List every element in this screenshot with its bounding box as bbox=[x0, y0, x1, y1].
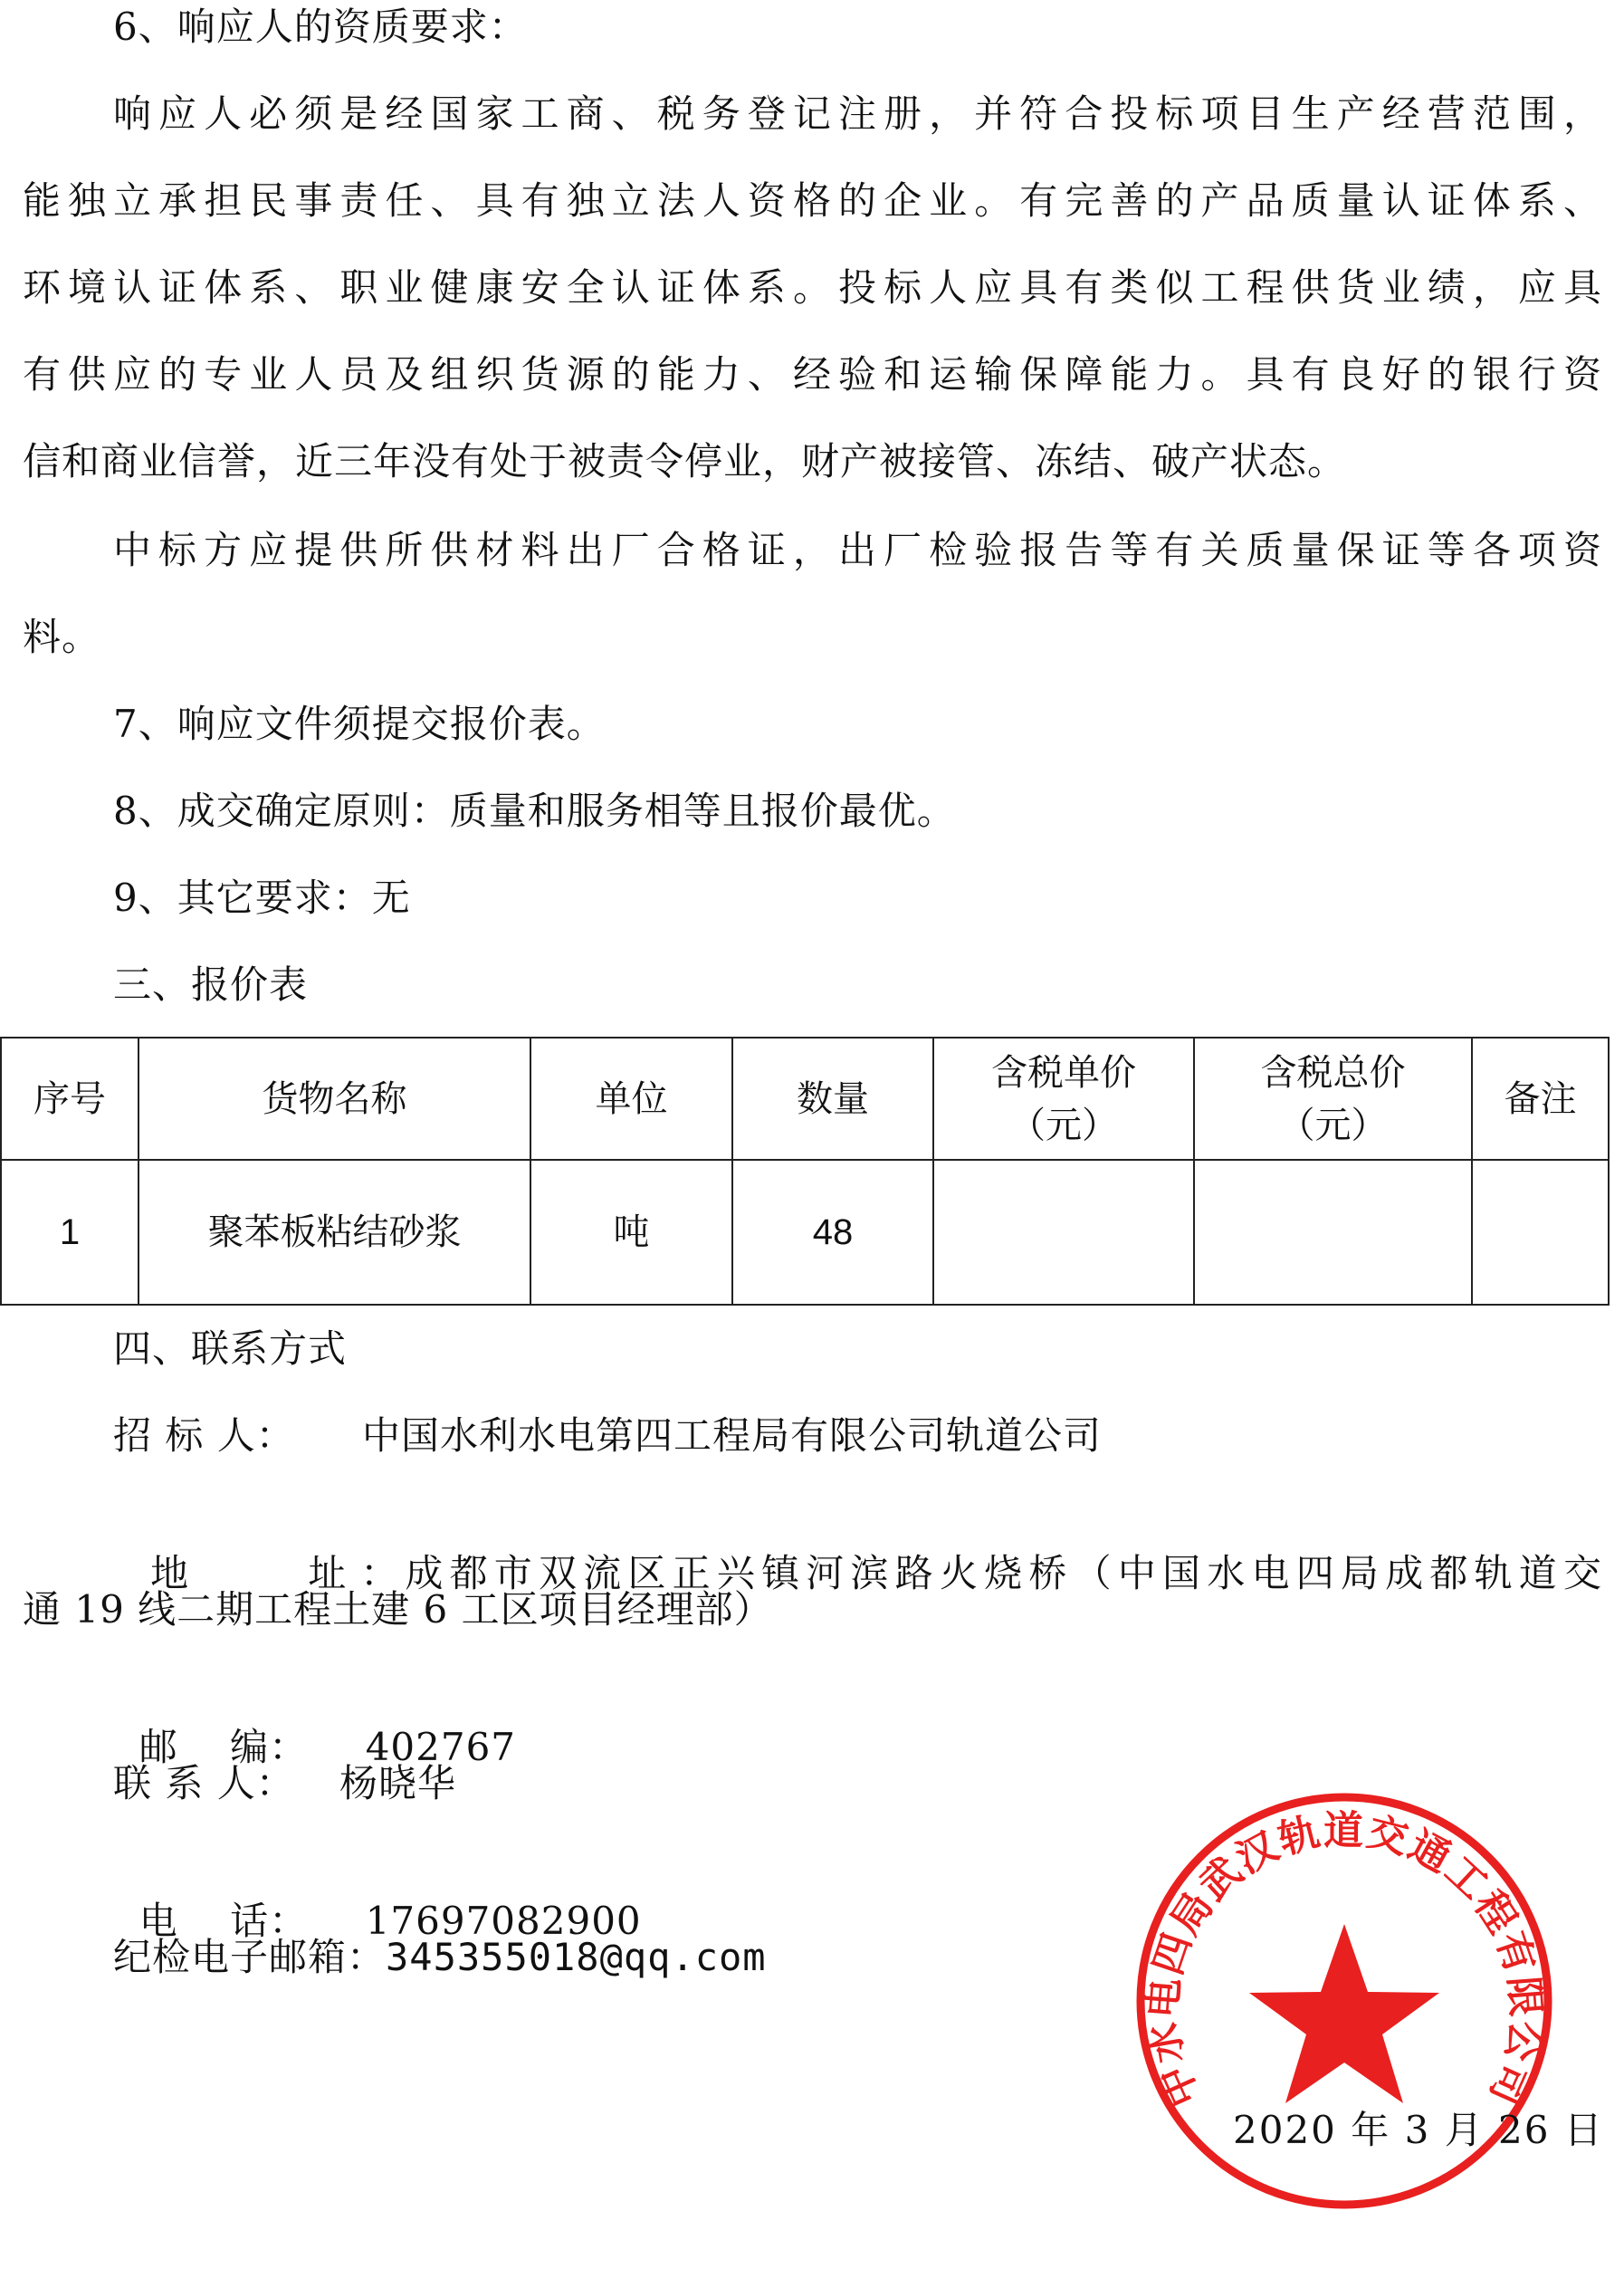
item6-para2-line1: 中标方应提供所供材料出厂合格证，出厂检验报告等有关质量保证等各项资 bbox=[113, 525, 1602, 576]
header-unit: 单位 bbox=[530, 1038, 732, 1160]
table-row: 1 聚苯板粘结砂浆 吨 48 bbox=[1, 1160, 1609, 1305]
item7: 7、响应文件须提交报价表。 bbox=[113, 699, 606, 750]
item6-heading: 6、响应人的资质要求： bbox=[113, 2, 528, 53]
item8: 8、成交确定原则：质量和服务相等且报价最优。 bbox=[113, 786, 956, 837]
person-label: 联 系 人： bbox=[113, 1758, 339, 1809]
cell-unit: 吨 bbox=[530, 1160, 732, 1305]
contact-address-line2: 通 19 线二期工程土建 6 工区项目经理部） bbox=[23, 1584, 773, 1635]
header-name: 货物名称 bbox=[139, 1038, 530, 1160]
item6-para2-line2: 料。 bbox=[23, 612, 100, 663]
contact-email: 纪检电子邮箱：345355018@qq.com bbox=[113, 1932, 767, 1983]
item6-para1-line4: 有供应的专业人员及组织货源的能力、经验和运输保障能力。具有良好的银行资 bbox=[23, 349, 1602, 400]
cell-name: 聚苯板粘结砂浆 bbox=[139, 1160, 530, 1305]
table-header-row: 序号 货物名称 单位 数量 含税单价 （元） 含税总价 （元） 备注 bbox=[1, 1038, 1609, 1160]
header-unit-price-currency: （元） bbox=[934, 1099, 1193, 1152]
cell-remark bbox=[1472, 1160, 1609, 1305]
header-total-price-label: 含税总价 bbox=[1195, 1047, 1471, 1099]
item9: 9、其它要求：无 bbox=[113, 873, 411, 924]
email-value: 345355018@qq.com bbox=[386, 1935, 767, 1979]
header-no: 序号 bbox=[1, 1038, 139, 1160]
item6-para1-line3: 环境认证体系、职业健康安全认证体系。投标人应具有类似工程供货业绩，应具 bbox=[23, 263, 1602, 313]
tenderer-value: 中国水利水电第四工程局有限公司轨道公司 bbox=[362, 1413, 1102, 1458]
header-total-price: 含税总价 （元） bbox=[1194, 1038, 1472, 1160]
section4-heading: 四、联系方式 bbox=[113, 1324, 347, 1374]
header-unit-price: 含税单价 （元） bbox=[933, 1038, 1194, 1160]
cell-qty: 48 bbox=[732, 1160, 933, 1305]
quote-table: 序号 货物名称 单位 数量 含税单价 （元） 含税总价 （元） 备注 1 聚苯板… bbox=[0, 1037, 1610, 1306]
item6-para1-line5: 信和商业信誉，近三年没有处于被责令停业，财产被接管、冻结、破产状态。 bbox=[23, 436, 1346, 487]
cell-unit-price bbox=[933, 1160, 1194, 1305]
item6-para1-line1: 响应人必须是经国家工商、税务登记注册，并符合投标项目生产经营范围， bbox=[113, 89, 1602, 139]
person-value: 杨晓华 bbox=[339, 1761, 456, 1805]
cell-no: 1 bbox=[1, 1160, 139, 1305]
email-label: 纪检电子邮箱： bbox=[113, 1935, 386, 1979]
header-total-price-currency: （元） bbox=[1195, 1099, 1471, 1152]
tenderer-label: 招 标 人： bbox=[113, 1411, 362, 1461]
header-qty: 数量 bbox=[732, 1038, 933, 1160]
contact-person: 联 系 人：杨晓华 bbox=[113, 1758, 456, 1809]
document-date: 2020 年 3 月 26 日 bbox=[1233, 2105, 1604, 2156]
seal-star-icon bbox=[1249, 1924, 1439, 2103]
cell-total-price bbox=[1194, 1160, 1472, 1305]
header-remark: 备注 bbox=[1472, 1038, 1609, 1160]
contact-tenderer: 招 标 人：中国水利水电第四工程局有限公司轨道公司 bbox=[113, 1411, 1102, 1461]
item6-para1-line2: 能独立承担民事责任、具有独立法人资格的企业。有完善的产品质量认证体系、 bbox=[23, 176, 1602, 226]
section3-heading: 三、报价表 bbox=[113, 960, 308, 1010]
header-unit-price-label: 含税单价 bbox=[934, 1047, 1193, 1099]
